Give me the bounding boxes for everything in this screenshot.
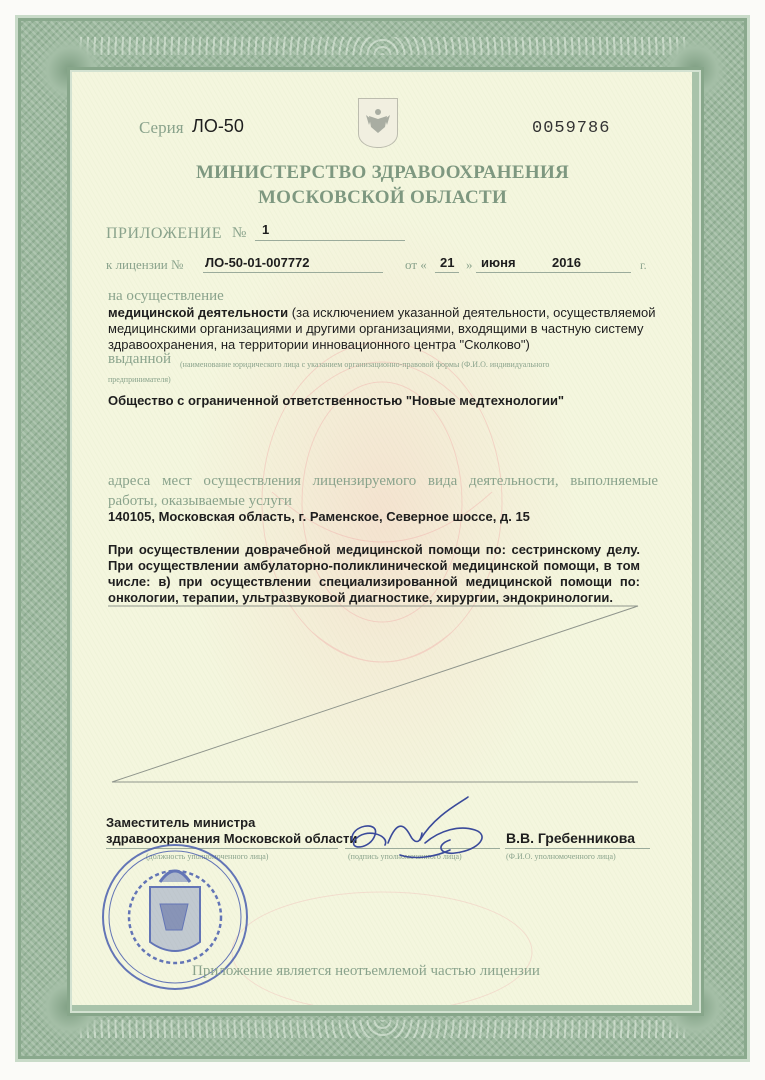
name-underline xyxy=(505,848,650,849)
handwritten-signature-icon xyxy=(340,795,500,865)
footer-note: Приложение является неотъемлемой частью … xyxy=(192,963,540,980)
signer-name: В.В. Гребенникова xyxy=(506,830,635,846)
caption-name: (Ф.И.О. уполномоченного лица) xyxy=(506,852,616,861)
